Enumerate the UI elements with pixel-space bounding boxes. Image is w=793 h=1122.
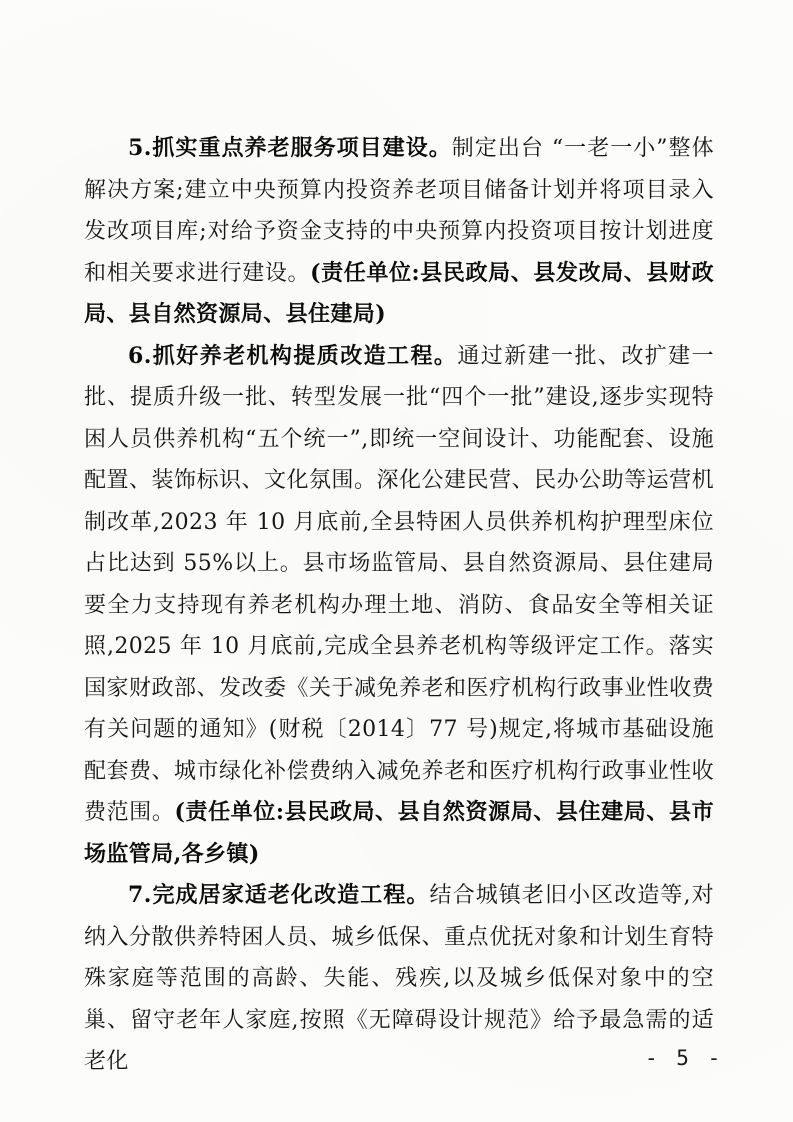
- bold-text-segment: 5.抓实重点养老服务项目建设。: [128, 135, 452, 161]
- paragraph-item-7: 7.完成居家适老化改造工程。结合城镇老旧小区改造等,对纳入分散供养特困人员、城乡…: [84, 875, 714, 1083]
- text-segment: 结合城镇老旧小区改造等,对纳入分散供养特困人员、城乡低保、重点优抚对象和计划生育…: [84, 883, 714, 1074]
- page-number: - 5 -: [645, 1046, 723, 1070]
- paragraph-item-6: 6.抓好养老机构提质改造工程。通过新建一批、改扩建一批、提质升级一批、转型发展一…: [84, 336, 714, 876]
- paragraph-item-5: 5.抓实重点养老服务项目建设。制定出台 “一老一小”整体解决方案;建立中央预算内…: [84, 128, 714, 336]
- text-segment: 通过新建一批、改扩建一批、提质升级一批、转型发展一批“四个一批”建设,逐步实现特…: [84, 344, 714, 826]
- document-page: 5.抓实重点养老服务项目建设。制定出台 “一老一小”整体解决方案;建立中央预算内…: [0, 0, 793, 1122]
- bold-text-segment: (责任单位:县民政局、县自然资源局、县住建局、县市场监管局,各乡镇): [84, 799, 714, 867]
- document-body: 5.抓实重点养老服务项目建设。制定出台 “一老一小”整体解决方案;建立中央预算内…: [84, 128, 714, 1083]
- bold-text-segment: 6.抓好养老机构提质改造工程。: [128, 343, 457, 369]
- bold-text-segment: 7.完成居家适老化改造工程。: [128, 882, 430, 908]
